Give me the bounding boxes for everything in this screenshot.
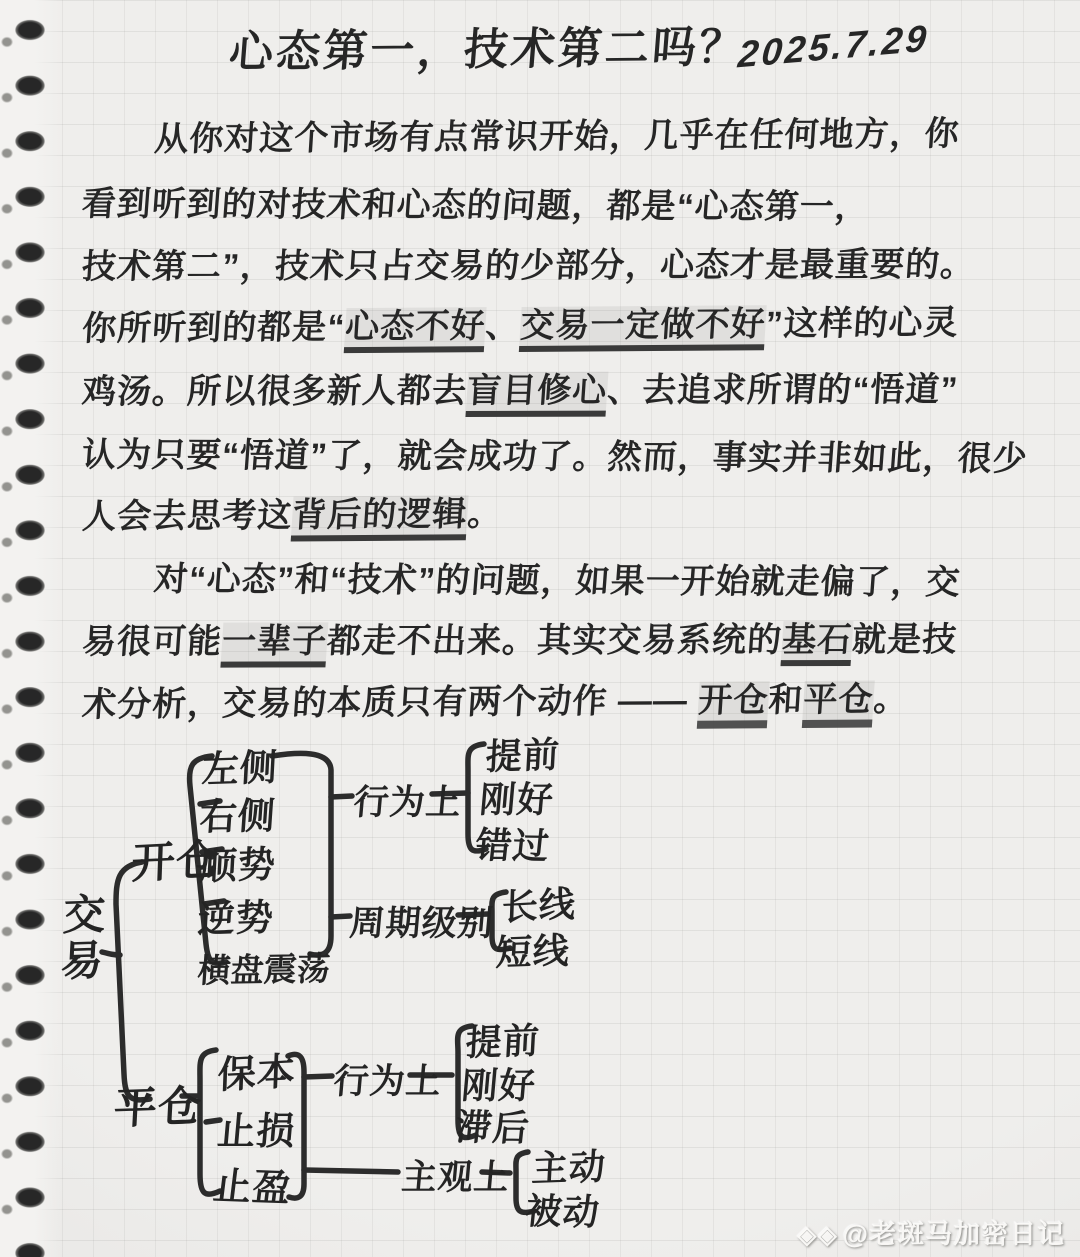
page-title: 心态第一，技术第二吗？ bbox=[227, 11, 749, 80]
diagram-close-label: 平仓 bbox=[112, 1072, 203, 1136]
diagram-root-label: 交易 bbox=[60, 891, 113, 985]
diagram-open-behavior-label: 行为上 bbox=[352, 775, 464, 825]
watermark: ◈◈@老斑马加密日记 bbox=[798, 1214, 1066, 1251]
text-run: 就是技 bbox=[851, 621, 959, 659]
diagram-open-behavior-item: 刚好 bbox=[478, 772, 556, 823]
underlined-text: 盲目修心 bbox=[465, 372, 608, 417]
diagram-close-subjective-item: 被动 bbox=[523, 1183, 602, 1235]
text-run: 。 bbox=[466, 495, 503, 533]
paragraph1-line1: 从你对这个市场有点常识开始，几乎在任何地方，你 bbox=[81, 106, 961, 161]
underlined-text: 背后的逻辑 bbox=[291, 495, 469, 541]
text-run: 鸡汤。所以很多新人都去 bbox=[81, 372, 469, 411]
paragraph2-line3: 术分析，交易的本质只有两个动作 —— 开仓和平仓。 bbox=[81, 671, 910, 726]
spiral-binding bbox=[0, 0, 62, 1257]
diagram-close-item: 止盈 bbox=[211, 1155, 295, 1213]
text-run: 和 bbox=[767, 681, 804, 719]
text-run: 认为只要“悟道”了，就会成功了。然而，事实并非如此，很少 bbox=[81, 436, 1030, 478]
notebook-page-photo: 心态第一，技术第二吗？ 2025.7.29 从你对这个市场有点常识开始，几乎在任… bbox=[0, 0, 1080, 1257]
text-run: 你所听到的都是“ bbox=[81, 308, 347, 348]
paragraph1-line6: 认为只要“悟道”了，就会成功了。然而，事实并非如此，很少 bbox=[80, 427, 1029, 480]
diagram-open-cycle-item: 短线 bbox=[495, 923, 572, 977]
underlined-text: 心态不好 bbox=[344, 307, 487, 353]
diagram-open-item: 右侧 bbox=[198, 785, 278, 840]
underlined-text: 一辈子 bbox=[220, 622, 328, 667]
text-run: 对“心态”和“技术”的问题，如果一开始就走偏了，交 bbox=[152, 560, 962, 602]
text-run: 、去追求所谓的“悟道” bbox=[606, 371, 960, 410]
paragraph1-line4: 你所听到的都是“心态不好、交易一定做不好”这样的心灵 bbox=[81, 295, 960, 350]
watermark-logo-icon: ◈◈ bbox=[798, 1222, 839, 1249]
text-run: 、 bbox=[484, 307, 521, 345]
text-run: 。 bbox=[872, 680, 909, 718]
paragraph1-line3: 技术第二”，技术只占交易的少部分，心态才是最重要的。 bbox=[81, 237, 977, 288]
diagram-open-item: 顺势 bbox=[198, 834, 277, 891]
text-run: ”这样的心灵 bbox=[764, 304, 959, 343]
underlined-text: 交易一定做不好 bbox=[519, 305, 767, 352]
paragraph2-line2: 易很可能一辈子都走不出来。其实交易系统的基石就是技 bbox=[81, 612, 959, 663]
text-run: 从你对这个市场有点常识开始，几乎在任何地方，你 bbox=[153, 115, 961, 159]
underlined-text: 平仓 bbox=[802, 680, 875, 727]
spiral-binding-holes bbox=[0, 0, 56, 1257]
diagram-open-item: 横盘震荡 bbox=[196, 943, 331, 992]
text-run: 术分析，交易的本质只有两个动作 —— bbox=[81, 682, 700, 724]
diagram-close-item: 止损 bbox=[216, 1100, 299, 1155]
diagram-open-behavior-item: 错过 bbox=[473, 817, 552, 869]
diagram-open-item: 逆势 bbox=[196, 887, 275, 944]
text-run: 人会去思考这 bbox=[81, 497, 293, 536]
text-run: 看到听到的对技术和心态的问题，都是“心态第一， bbox=[81, 185, 872, 226]
paragraph1-line7: 人会去思考这背后的逻辑。 bbox=[81, 486, 504, 538]
underlined-text: 基石 bbox=[780, 621, 853, 666]
paragraph2-line1: 对“心态”和“技术”的问题，如果一开始就走偏了，交 bbox=[80, 551, 962, 604]
page-date: 2025.7.29 bbox=[736, 17, 931, 76]
watermark-handle: @老斑马加密日记 bbox=[843, 1219, 1066, 1249]
paragraph1-line5: 鸡汤。所以很多新人都去盲目修心、去追求所谓的“悟道” bbox=[81, 362, 960, 413]
diagram-close-subjective-label: 主观上 bbox=[400, 1150, 512, 1200]
text-run: 技术第二”，技术只占交易的少部分，心态才是最重要的。 bbox=[81, 246, 977, 286]
text-run: 都走不出来。其实交易系统的 bbox=[326, 621, 784, 660]
diagram-open-cycle-label: 周期级别 bbox=[348, 896, 496, 946]
underlined-text: 开仓 bbox=[697, 681, 770, 728]
text-run: 易很可能 bbox=[81, 623, 224, 661]
diagram-close-item: 保本 bbox=[217, 1040, 297, 1099]
paragraph1-line2: 看到听到的对技术和心态的问题，都是“心态第一， bbox=[80, 176, 871, 228]
diagram-close-behavior-item: 滞后 bbox=[453, 1099, 532, 1151]
diagram-close-behavior-label: 行为上 bbox=[332, 1054, 444, 1104]
